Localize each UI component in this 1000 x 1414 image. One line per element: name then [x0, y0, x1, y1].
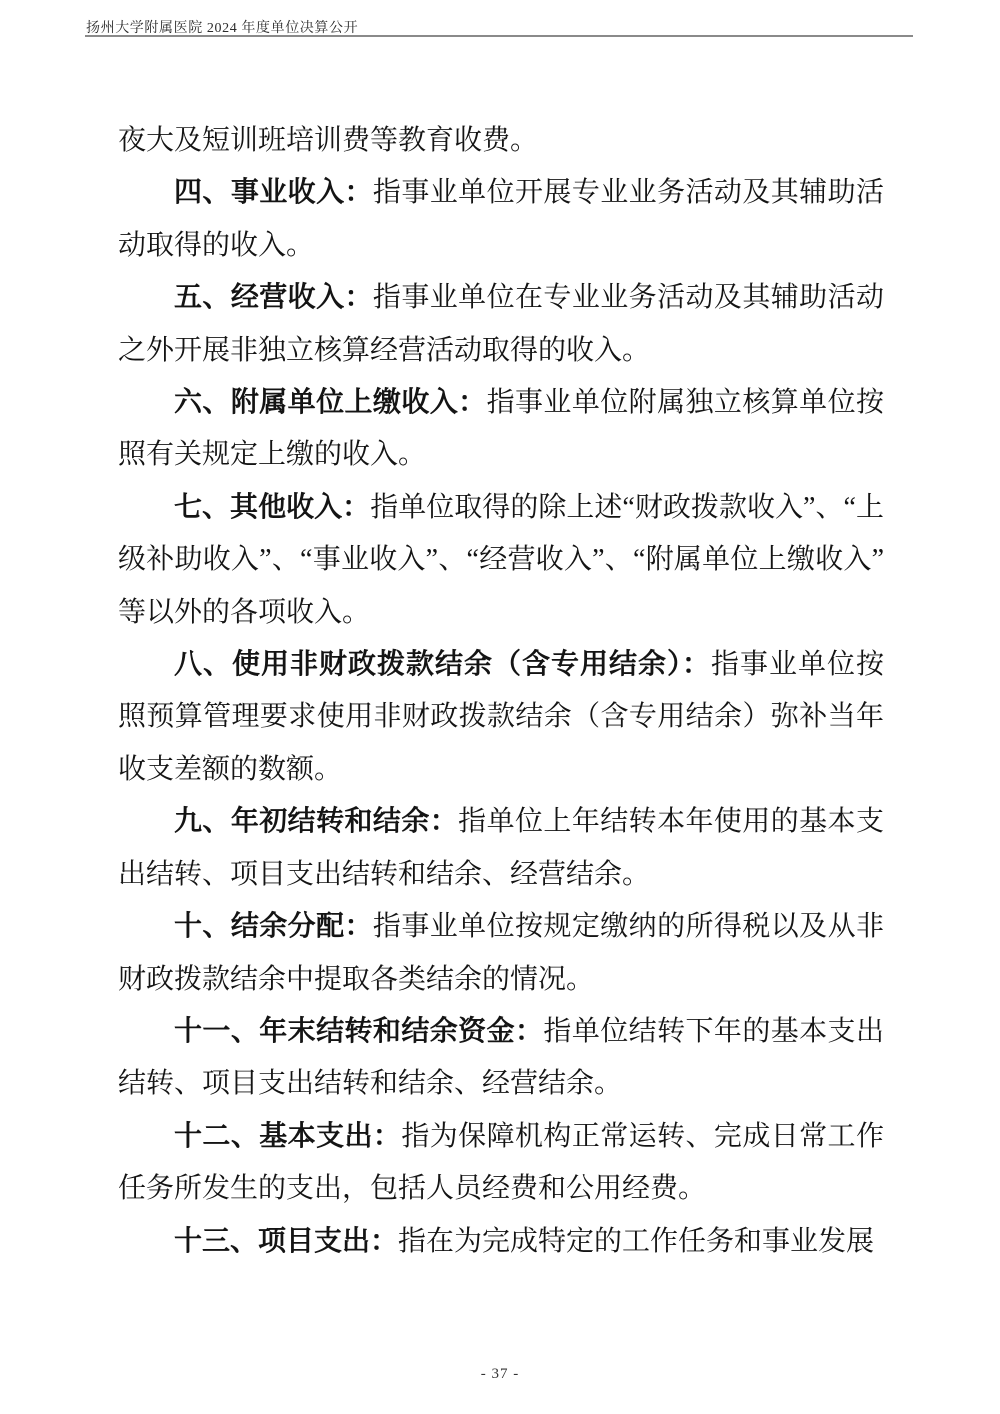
paragraph: 四、事业收入：指事业单位开展专业业务活动及其辅助活动取得的收入。: [118, 167, 884, 272]
paragraph: 九、年初结转和结余：指单位上年结转本年使用的基本支出结转、项目支出结转和结余、经…: [118, 796, 884, 901]
paragraph: 十一、年末结转和结余资金：指单位结转下年的基本支出结转、项目支出结转和结余、经营…: [118, 1006, 884, 1111]
paragraph-lead: 十二、基本支出：: [174, 1121, 401, 1152]
paragraph-text: 指在为完成特定的工作任务和事业发展: [398, 1226, 874, 1257]
paragraph-lead: 四、事业收入：: [174, 177, 373, 208]
paragraph: 十、结余分配：指事业单位按规定缴纳的所得税以及从非财政拨款结余中提取各类结余的情…: [118, 901, 884, 1006]
paragraph: 八、使用非财政拨款结余（含专用结余）：指事业单位按照预算管理要求使用非财政拨款结…: [118, 639, 884, 796]
document-page: 扬州大学附属医院 2024 年度单位决算公开 夜大及短训班培训费等教育收费。四、…: [0, 0, 1000, 1414]
paragraph: 十三、项目支出：指在为完成特定的工作任务和事业发展: [118, 1216, 884, 1268]
document-body: 夜大及短训班培训费等教育收费。四、事业收入：指事业单位开展专业业务活动及其辅助活…: [118, 115, 884, 1268]
paragraph: 七、其他收入：指单位取得的除上述“财政拨款收入”、“上级补助收入”、“事业收入”…: [118, 482, 884, 639]
header-rule: [85, 35, 913, 37]
paragraph-lead: 九、年初结转和结余：: [174, 806, 458, 837]
paragraph-lead: 十、结余分配：: [174, 911, 373, 942]
paragraph: 夜大及短训班培训费等教育收费。: [118, 115, 884, 167]
paragraph-lead: 五、经营收入：: [174, 282, 373, 313]
paragraph-text: 夜大及短训班培训费等教育收费。: [118, 125, 538, 156]
page-header-title: 扬州大学附属医院 2024 年度单位决算公开: [86, 17, 358, 37]
paragraph-lead: 六、附属单位上缴收入：: [174, 387, 487, 418]
paragraph: 六、附属单位上缴收入：指事业单位附属独立核算单位按照有关规定上缴的收入。: [118, 377, 884, 482]
paragraph-lead: 七、其他收入：: [174, 492, 370, 523]
paragraph-lead: 八、使用非财政拨款结余（含专用结余）：: [174, 649, 711, 680]
paragraph-lead: 十一、年末结转和结余资金：: [174, 1016, 543, 1047]
paragraph-lead: 十三、项目支出：: [174, 1226, 398, 1257]
paragraph: 十二、基本支出：指为保障机构正常运转、完成日常工作任务所发生的支出，包括人员经费…: [118, 1111, 884, 1216]
page-number: - 37 -: [0, 1366, 1000, 1383]
paragraph: 五、经营收入：指事业单位在专业业务活动及其辅助活动之外开展非独立核算经营活动取得…: [118, 272, 884, 377]
